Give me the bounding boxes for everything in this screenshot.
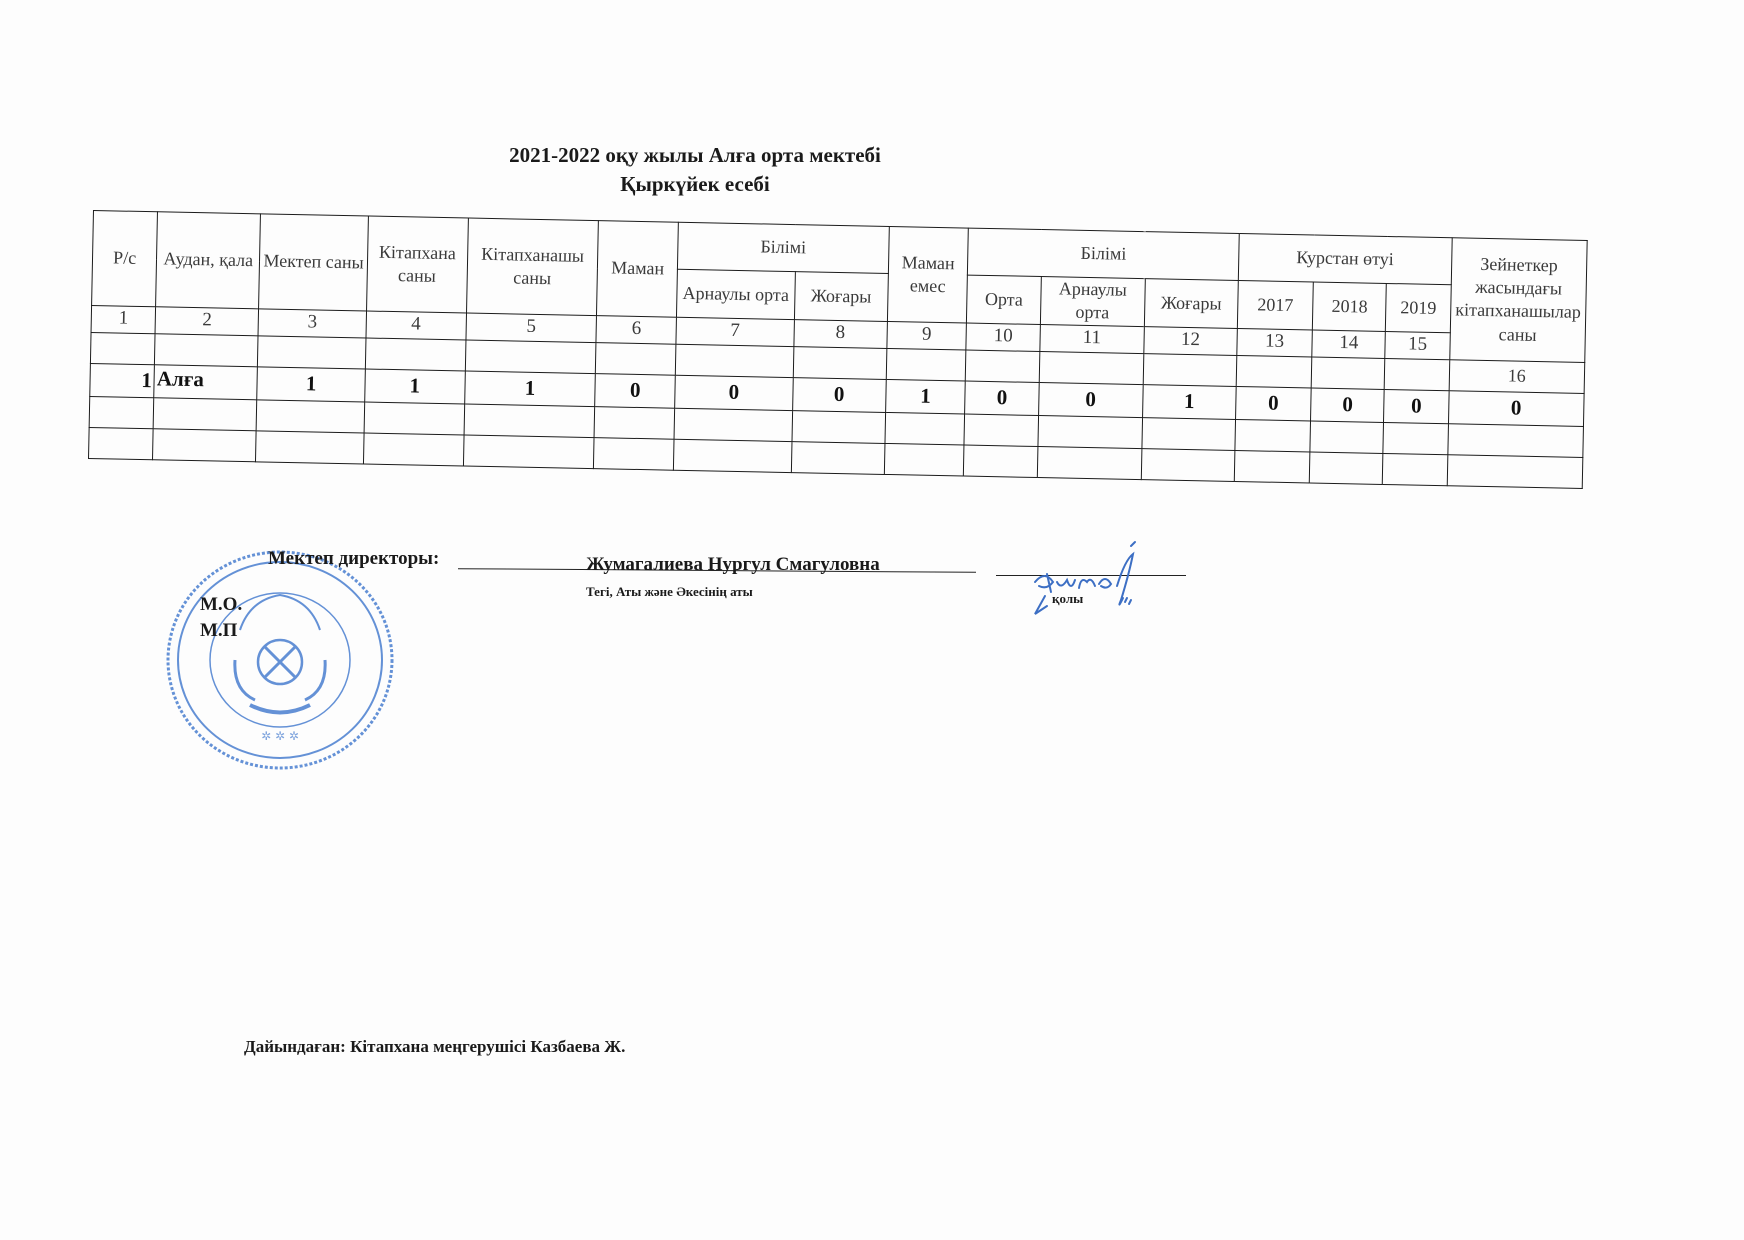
header-year-2017: 2017: [1237, 280, 1313, 329]
empty-cell: [1447, 455, 1583, 489]
column-number: 12: [1144, 326, 1238, 355]
value-cell: 0: [675, 375, 793, 410]
name-caption: Тегі, Аты және Әкесінің аты: [586, 584, 753, 600]
empty-cell: [964, 445, 1038, 477]
header-district: Аудан, қала: [156, 212, 261, 309]
row-number: 1: [90, 363, 155, 397]
empty-cell: [363, 433, 463, 466]
value-cell: 0: [1235, 386, 1311, 421]
column-number: 7: [676, 317, 794, 346]
column-number: 2: [155, 307, 259, 336]
empty-cell: [792, 410, 886, 443]
empty-cell: [464, 404, 595, 438]
empty-cell: [594, 406, 674, 439]
empty-cell: [594, 437, 674, 470]
header-retired-librarians: Зейнеткер жасындағы кітапханашылар саны: [1449, 238, 1587, 362]
header-non-specialist: Маман емес: [887, 226, 969, 322]
header-year-2019: 2019: [1386, 283, 1451, 332]
empty-cell: [1143, 353, 1237, 386]
header-education-group-1: Білімі: [678, 222, 889, 273]
empty-cell: [793, 346, 887, 379]
column-number: 15: [1385, 331, 1450, 359]
empty-cell: [1383, 453, 1448, 485]
empty-cell: [885, 412, 965, 445]
empty-cell: [1234, 450, 1310, 483]
header-higher-2: Жоғары: [1144, 279, 1238, 329]
value-cell: 1: [1142, 384, 1236, 419]
value-cell: 1: [257, 367, 365, 402]
column-number: 9: [887, 321, 967, 350]
column-number: 3: [258, 309, 366, 338]
empty-cell: [465, 340, 596, 374]
empty-cell: [886, 348, 966, 381]
svg-text:✲ ✲ ✲: ✲ ✲ ✲: [261, 729, 299, 743]
empty-cell: [1448, 424, 1584, 458]
column-number: 14: [1312, 330, 1386, 358]
value-cell: 0: [792, 377, 886, 412]
seal-label-kk: М.О.: [200, 592, 242, 618]
official-seal-stamp: ✲ ✲ ✲: [155, 540, 405, 780]
empty-cell: 16: [1449, 360, 1585, 394]
value-cell: 0: [1311, 388, 1385, 422]
empty-cell: [1311, 357, 1385, 389]
column-number: 13: [1237, 328, 1313, 357]
header-secondary: Орта: [967, 275, 1041, 324]
empty-cell: [1385, 358, 1450, 390]
header-education-group-2: Білімі: [968, 228, 1239, 280]
column-number: 10: [966, 323, 1040, 351]
value-cell: 1: [365, 369, 465, 404]
empty-cell: [89, 396, 154, 428]
column-number: 5: [466, 313, 597, 343]
document-title: 2021-2022 оқу жылы Алға орта мектебі: [150, 143, 1240, 168]
empty-cell: [791, 441, 885, 474]
value-cell: 0: [965, 381, 1039, 415]
report-table: Р/с Аудан, қала Мектеп саны Кітапхана са…: [88, 210, 1588, 489]
empty-cell: [674, 439, 792, 472]
empty-cell: [258, 336, 366, 369]
value-cell: 1: [464, 371, 595, 407]
seal-placement-label: М.О. М.П: [200, 592, 242, 644]
value-cell: 0: [1038, 382, 1143, 417]
value-cell: 1: [885, 379, 965, 414]
handwritten-signature: [1025, 540, 1155, 620]
column-number: 1: [91, 305, 156, 333]
header-higher-1: Жоғары: [794, 272, 888, 322]
empty-cell: [256, 400, 364, 433]
empty-cell: [463, 435, 594, 469]
empty-cell: [256, 431, 364, 464]
empty-cell: [1039, 351, 1144, 384]
header-special-secondary-2: Арнаулы орта: [1040, 277, 1145, 327]
empty-cell: [1037, 446, 1142, 479]
empty-cell: [364, 402, 464, 435]
empty-cell: [1383, 422, 1448, 454]
seal-label-ru: М.П: [200, 618, 242, 644]
empty-cell: [1310, 452, 1384, 484]
prepared-by: Дайындаған: Кітапхана меңгерушісі Казбае…: [244, 1037, 625, 1057]
header-courses-group: Курстан өтуі: [1238, 234, 1452, 285]
empty-cell: [1310, 421, 1384, 453]
header-year-2018: 2018: [1313, 282, 1387, 331]
empty-cell: [674, 408, 792, 441]
column-number: 4: [366, 311, 466, 340]
empty-cell: [596, 342, 676, 375]
empty-cell: [675, 344, 793, 377]
empty-cell: [1236, 355, 1312, 388]
header-librarian-count: Кітапханашы саны: [466, 218, 599, 315]
header-school-count: Мектеп саны: [259, 214, 368, 311]
empty-cell: [1141, 448, 1235, 481]
empty-cell: [153, 429, 257, 462]
header-rs: Р/с: [92, 211, 158, 307]
empty-cell: [365, 338, 465, 371]
column-number: 6: [596, 315, 676, 344]
empty-cell: [966, 350, 1040, 382]
empty-cell: [884, 443, 964, 476]
empty-cell: [1235, 419, 1311, 452]
empty-cell: [155, 334, 259, 367]
column-number: 8: [793, 319, 887, 348]
document-subtitle: Қыркүйек есебі: [150, 172, 1240, 197]
value-cell: 0: [1448, 391, 1584, 427]
director-label: Мектеп директоры:: [268, 548, 439, 570]
district-name: Алға: [154, 365, 258, 400]
column-number: 11: [1039, 324, 1144, 353]
header-specialist: Маман: [597, 221, 679, 317]
empty-cell: [964, 414, 1038, 446]
header-special-secondary-1: Арнаулы орта: [677, 269, 795, 319]
director-name: Жумагалиева Нургул Смагуловна: [586, 554, 880, 576]
value-cell: 0: [595, 373, 675, 408]
value-cell: 0: [1384, 389, 1449, 423]
empty-cell: [1142, 417, 1236, 450]
empty-cell: [89, 427, 154, 459]
empty-cell: [1038, 415, 1143, 448]
empty-cell: [153, 398, 257, 431]
header-library-count: Кітапхана саны: [366, 216, 468, 313]
empty-cell: [90, 332, 155, 364]
